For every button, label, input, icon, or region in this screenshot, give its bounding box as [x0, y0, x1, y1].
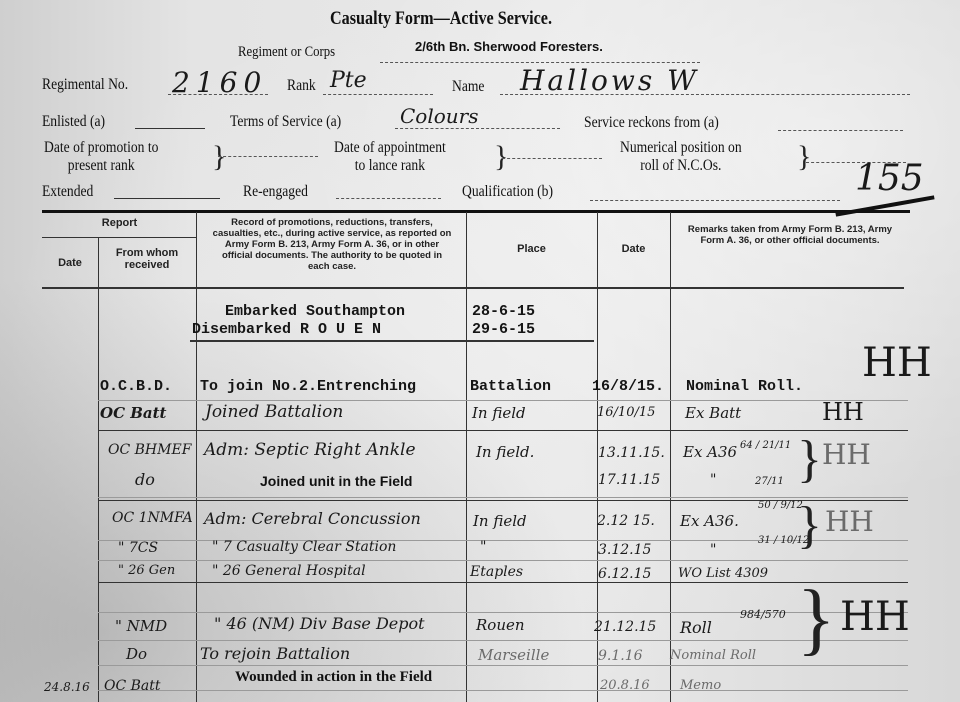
row-place: Etaples [470, 564, 523, 580]
row-ref: 27/11 [755, 476, 784, 487]
header-date: Date [42, 257, 98, 269]
row-place: Battalion [470, 378, 551, 395]
row-record: Adm: Cerebral Concussion [204, 509, 421, 528]
side-number: 155 [855, 158, 924, 199]
row-place: In field [472, 404, 526, 422]
promotion-label: Date of promotion to present rank [44, 139, 158, 175]
row-initials: HH [822, 398, 864, 426]
row-date: 9.1.16 [598, 648, 643, 664]
row-initials: HH [840, 594, 910, 640]
header-report: Report [42, 217, 197, 229]
row-date: 2.12 15. [597, 513, 655, 529]
header-place: Place [466, 243, 597, 255]
row-place: Rouen [476, 616, 525, 634]
row-record: " 26 General Hospital [212, 563, 366, 579]
row-remarks: Nominal Roll. [686, 378, 803, 395]
row-report-date: 24.8.16 [44, 680, 90, 694]
row-record: To join No.2.Entrenching [200, 378, 416, 395]
regimental-no-value: 2160 [172, 66, 267, 99]
row-from: " NMD [115, 617, 167, 635]
header-record: Record of promotions, reductions, transf… [212, 217, 452, 272]
row-record: To rejoin Battalion [200, 644, 350, 663]
header-date2: Date [597, 243, 670, 255]
row-record-embarked: Embarked Southampton [225, 303, 405, 320]
enlisted-label: Enlisted (a) [42, 113, 105, 131]
regiment-label: Regiment or Corps [238, 44, 335, 61]
name-label: Name [452, 78, 484, 96]
row-initials: HH [825, 505, 874, 538]
row-remarks: " [710, 542, 716, 558]
row-ref: 984/570 [740, 608, 786, 621]
row-from: " 26 Gen [118, 563, 175, 578]
row-place-embarked: 28-6-15 [472, 303, 535, 320]
row-date: 3.12.15 [598, 542, 651, 558]
row-from: " 7CS [118, 540, 158, 556]
row-date: 13.11.15. [598, 445, 665, 461]
row-remarks: Nominal Roll [670, 648, 756, 663]
reengaged-label: Re-engaged [243, 183, 308, 201]
row-record: " 7 Casualty Clear Station [212, 539, 396, 555]
row-remarks: Ex A36 [683, 443, 737, 461]
row-place: In field. [476, 443, 534, 461]
row-place: In field [473, 512, 527, 530]
row-initials: HH [862, 340, 932, 386]
terms-label: Terms of Service (a) [230, 113, 341, 131]
row-record: Joined unit in the Field [260, 473, 412, 489]
row-date: 16/10/15 [597, 405, 655, 420]
row-place: Marseille [478, 646, 549, 664]
row-remarks: " [710, 472, 716, 488]
row-record: Joined Battalion [205, 402, 343, 422]
header-from-whom: From whom received [104, 247, 190, 271]
terms-value: Colours [400, 104, 479, 128]
row-record-disembarked: Disembarked R O U E N [192, 321, 381, 338]
row-remarks: Memo [680, 678, 721, 693]
header-remarks: Remarks taken from Army Form B. 213, Arm… [685, 224, 895, 246]
numerical-label: Numerical position on roll of N.C.Os. [620, 139, 742, 175]
regiment-value: 2/6th Bn. Sherwood Foresters. [415, 39, 603, 54]
row-place-disembarked: 29-6-15 [472, 321, 535, 338]
row-remarks: Ex Batt [685, 404, 741, 422]
row-remarks: WO List 4309 [678, 566, 768, 581]
row-from: O.C.B.D. [100, 378, 172, 395]
form-title: Casualty Form—Active Service. [330, 8, 552, 30]
row-from: Do [126, 645, 147, 663]
row-from: do [135, 470, 155, 489]
rank-label: Rank [287, 77, 316, 95]
regimental-no-label: Regimental No. [42, 76, 128, 94]
row-record: Wounded in action in the Field [235, 669, 432, 686]
row-date: 16/8/15. [592, 378, 664, 395]
appointment-label: Date of appointment to lance rank [334, 139, 446, 175]
reckons-label: Service reckons from (a) [584, 114, 719, 132]
row-date: 20.8.16 [600, 678, 650, 693]
row-remarks: Roll [680, 618, 712, 637]
row-record: Adm: Septic Right Ankle [204, 440, 416, 460]
extended-label: Extended [42, 183, 93, 201]
row-initials: HH [822, 438, 871, 471]
row-date: 21.12.15 [594, 619, 656, 635]
row-from: OC 1NMFA [112, 510, 193, 526]
row-date: 6.12.15 [598, 566, 651, 582]
name-value: Hallows W [520, 64, 699, 97]
row-place: " [480, 539, 486, 555]
row-ref: 31 / 10/12 [758, 535, 809, 546]
row-date: 17.11.15 [598, 472, 660, 488]
row-record: " 46 (NM) Div Base Depot [214, 614, 425, 633]
qualification-label: Qualification (b) [462, 183, 553, 201]
row-remarks: Ex A36. [680, 512, 739, 530]
row-from: OC Batt [104, 678, 161, 694]
rank-value: Pte [330, 68, 367, 93]
row-from: OC Batt [100, 404, 166, 422]
row-from: OC BHMEF [108, 442, 191, 458]
row-ref: 64 / 21/11 [740, 440, 791, 451]
